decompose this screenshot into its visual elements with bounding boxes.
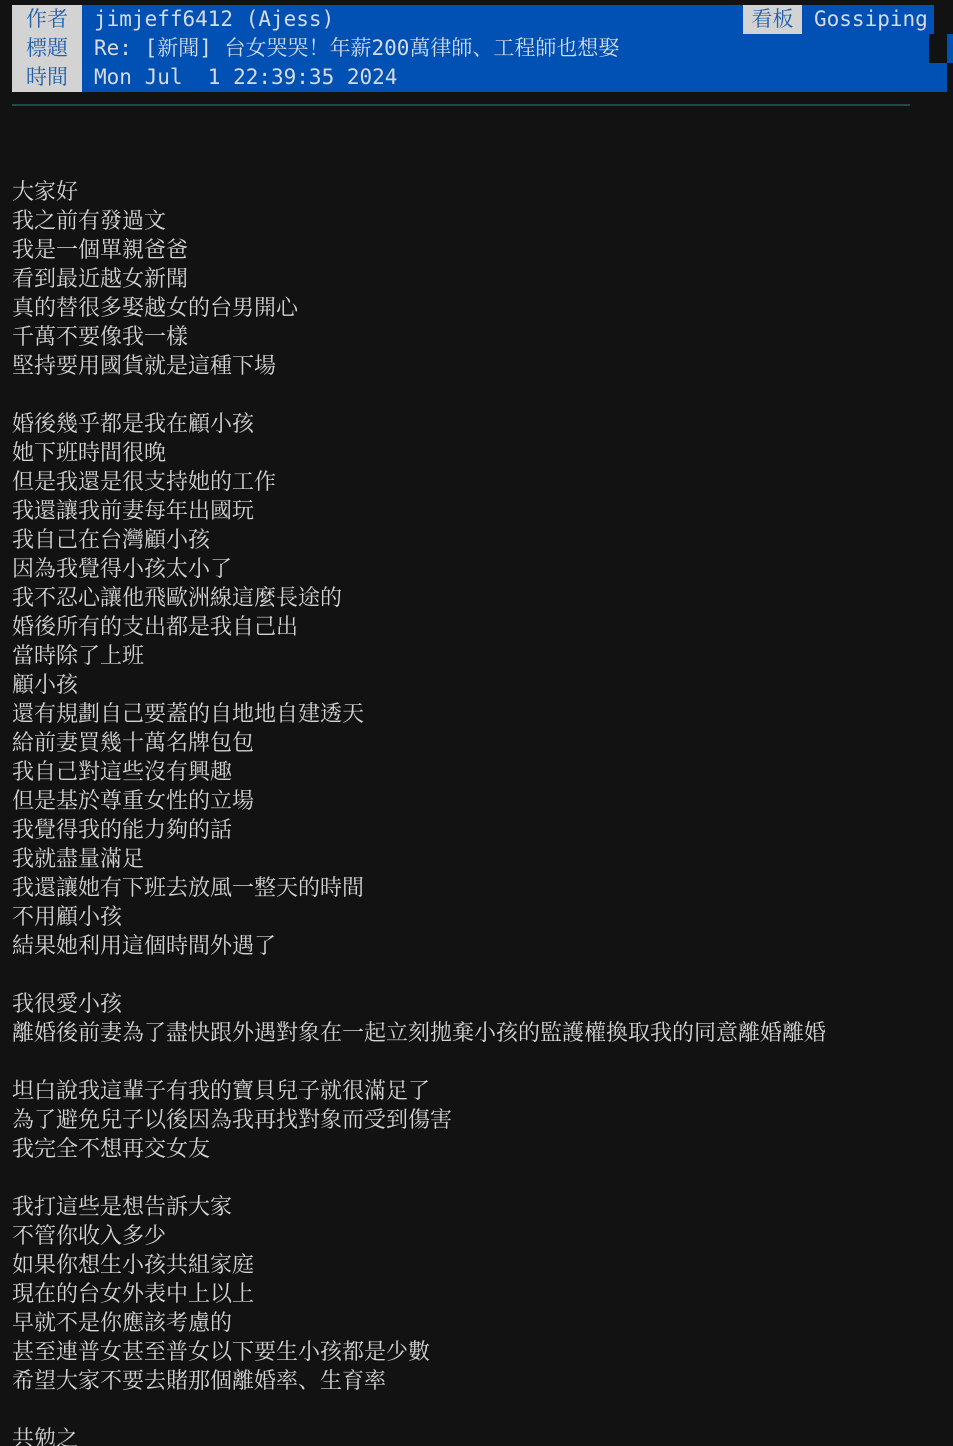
body-line: 當時除了上班 (12, 642, 826, 671)
body-line: 看到最近越女新聞 (12, 265, 826, 294)
body-line: 為了避免兒子以後因為我再找對象而受到傷害 (12, 1106, 826, 1135)
title-label: 標題 (12, 34, 82, 63)
body-line: 婚後所有的支出都是我自己出 (12, 613, 826, 642)
header-gap (929, 34, 947, 63)
title-value: Re: [新聞] 台女哭哭！年薪200萬律師、工程師也想娶 (82, 34, 953, 63)
body-line: 但是基於尊重女性的立場 (12, 787, 826, 816)
body-line (12, 961, 826, 990)
body-line (12, 1048, 826, 1077)
body-line: 給前妻買幾十萬名牌包包 (12, 729, 826, 758)
title-row: 標題 Re: [新聞] 台女哭哭！年薪200萬律師、工程師也想娶 (12, 34, 953, 63)
body-line: 共勉之 (12, 1425, 826, 1446)
body-line (12, 1164, 826, 1193)
author-row: 作者 jimjeff6412 (Ajess) 看板 Gossiping (12, 5, 934, 34)
body-line: 離婚後前妻為了盡快跟外遇對象在一起立刻拋棄小孩的監護權換取我的同意離婚離婚 (12, 1019, 826, 1048)
body-line: 我還讓她有下班去放風一整天的時間 (12, 874, 826, 903)
body-line: 我完全不想再交女友 (12, 1135, 826, 1164)
body-line: 因為我覺得小孩太小了 (12, 555, 826, 584)
body-line: 還有規劃自己要蓋的自地地自建透天 (12, 700, 826, 729)
body-line: 我自己對這些沒有興趣 (12, 758, 826, 787)
article-body: 大家好我之前有發過文我是一個單親爸爸看到最近越女新聞真的替很多娶越女的台男開心千… (12, 149, 826, 1446)
board-label: 看板 (743, 5, 802, 34)
header-divider (12, 104, 910, 106)
body-line (12, 1396, 826, 1425)
body-line: 我很愛小孩 (12, 990, 826, 1019)
body-line: 坦白說我這輩子有我的寶貝兒子就很滿足了 (12, 1077, 826, 1106)
body-line: 我是一個單親爸爸 (12, 236, 826, 265)
body-line: 我之前有發過文 (12, 207, 826, 236)
body-line: 結果她利用這個時間外遇了 (12, 932, 826, 961)
body-line (12, 381, 826, 410)
body-line: 希望大家不要去賭那個離婚率、生育率 (12, 1367, 826, 1396)
body-line: 我打這些是想告訴大家 (12, 1193, 826, 1222)
body-line: 我自己在台灣顧小孩 (12, 526, 826, 555)
body-line: 婚後幾乎都是我在顧小孩 (12, 410, 826, 439)
body-line (12, 149, 826, 178)
author-label: 作者 (12, 5, 82, 34)
article-header: 作者 jimjeff6412 (Ajess) 看板 Gossiping 標題 R… (12, 5, 947, 92)
body-line: 真的替很多娶越女的台男開心 (12, 294, 826, 323)
body-line: 我就盡量滿足 (12, 845, 826, 874)
author-value: jimjeff6412 (Ajess) (82, 5, 743, 34)
body-line: 現在的台女外表中上以上 (12, 1280, 826, 1309)
body-line: 早就不是你應該考慮的 (12, 1309, 826, 1338)
time-value: Mon Jul 1 22:39:35 2024 (82, 63, 947, 92)
body-line: 顧小孩 (12, 671, 826, 700)
header-extension (929, 63, 947, 92)
time-label: 時間 (12, 63, 82, 92)
body-line: 不管你收入多少 (12, 1222, 826, 1251)
body-line: 不用顧小孩 (12, 903, 826, 932)
body-line: 千萬不要像我一樣 (12, 323, 826, 352)
body-line: 大家好 (12, 178, 826, 207)
time-row: 時間 Mon Jul 1 22:39:35 2024 (12, 63, 947, 92)
body-line: 但是我還是很支持她的工作 (12, 468, 826, 497)
body-line: 我還讓我前妻每年出國玩 (12, 497, 826, 526)
body-line: 我不忍心讓他飛歐洲線這麼長途的 (12, 584, 826, 613)
body-line: 她下班時間很晚 (12, 439, 826, 468)
body-line: 堅持要用國貨就是這種下場 (12, 352, 826, 381)
body-line: 我覺得我的能力夠的話 (12, 816, 826, 845)
body-line: 如果你想生小孩共組家庭 (12, 1251, 826, 1280)
body-line: 甚至連普女甚至普女以下要生小孩都是少數 (12, 1338, 826, 1367)
board-value: Gossiping (802, 5, 934, 34)
